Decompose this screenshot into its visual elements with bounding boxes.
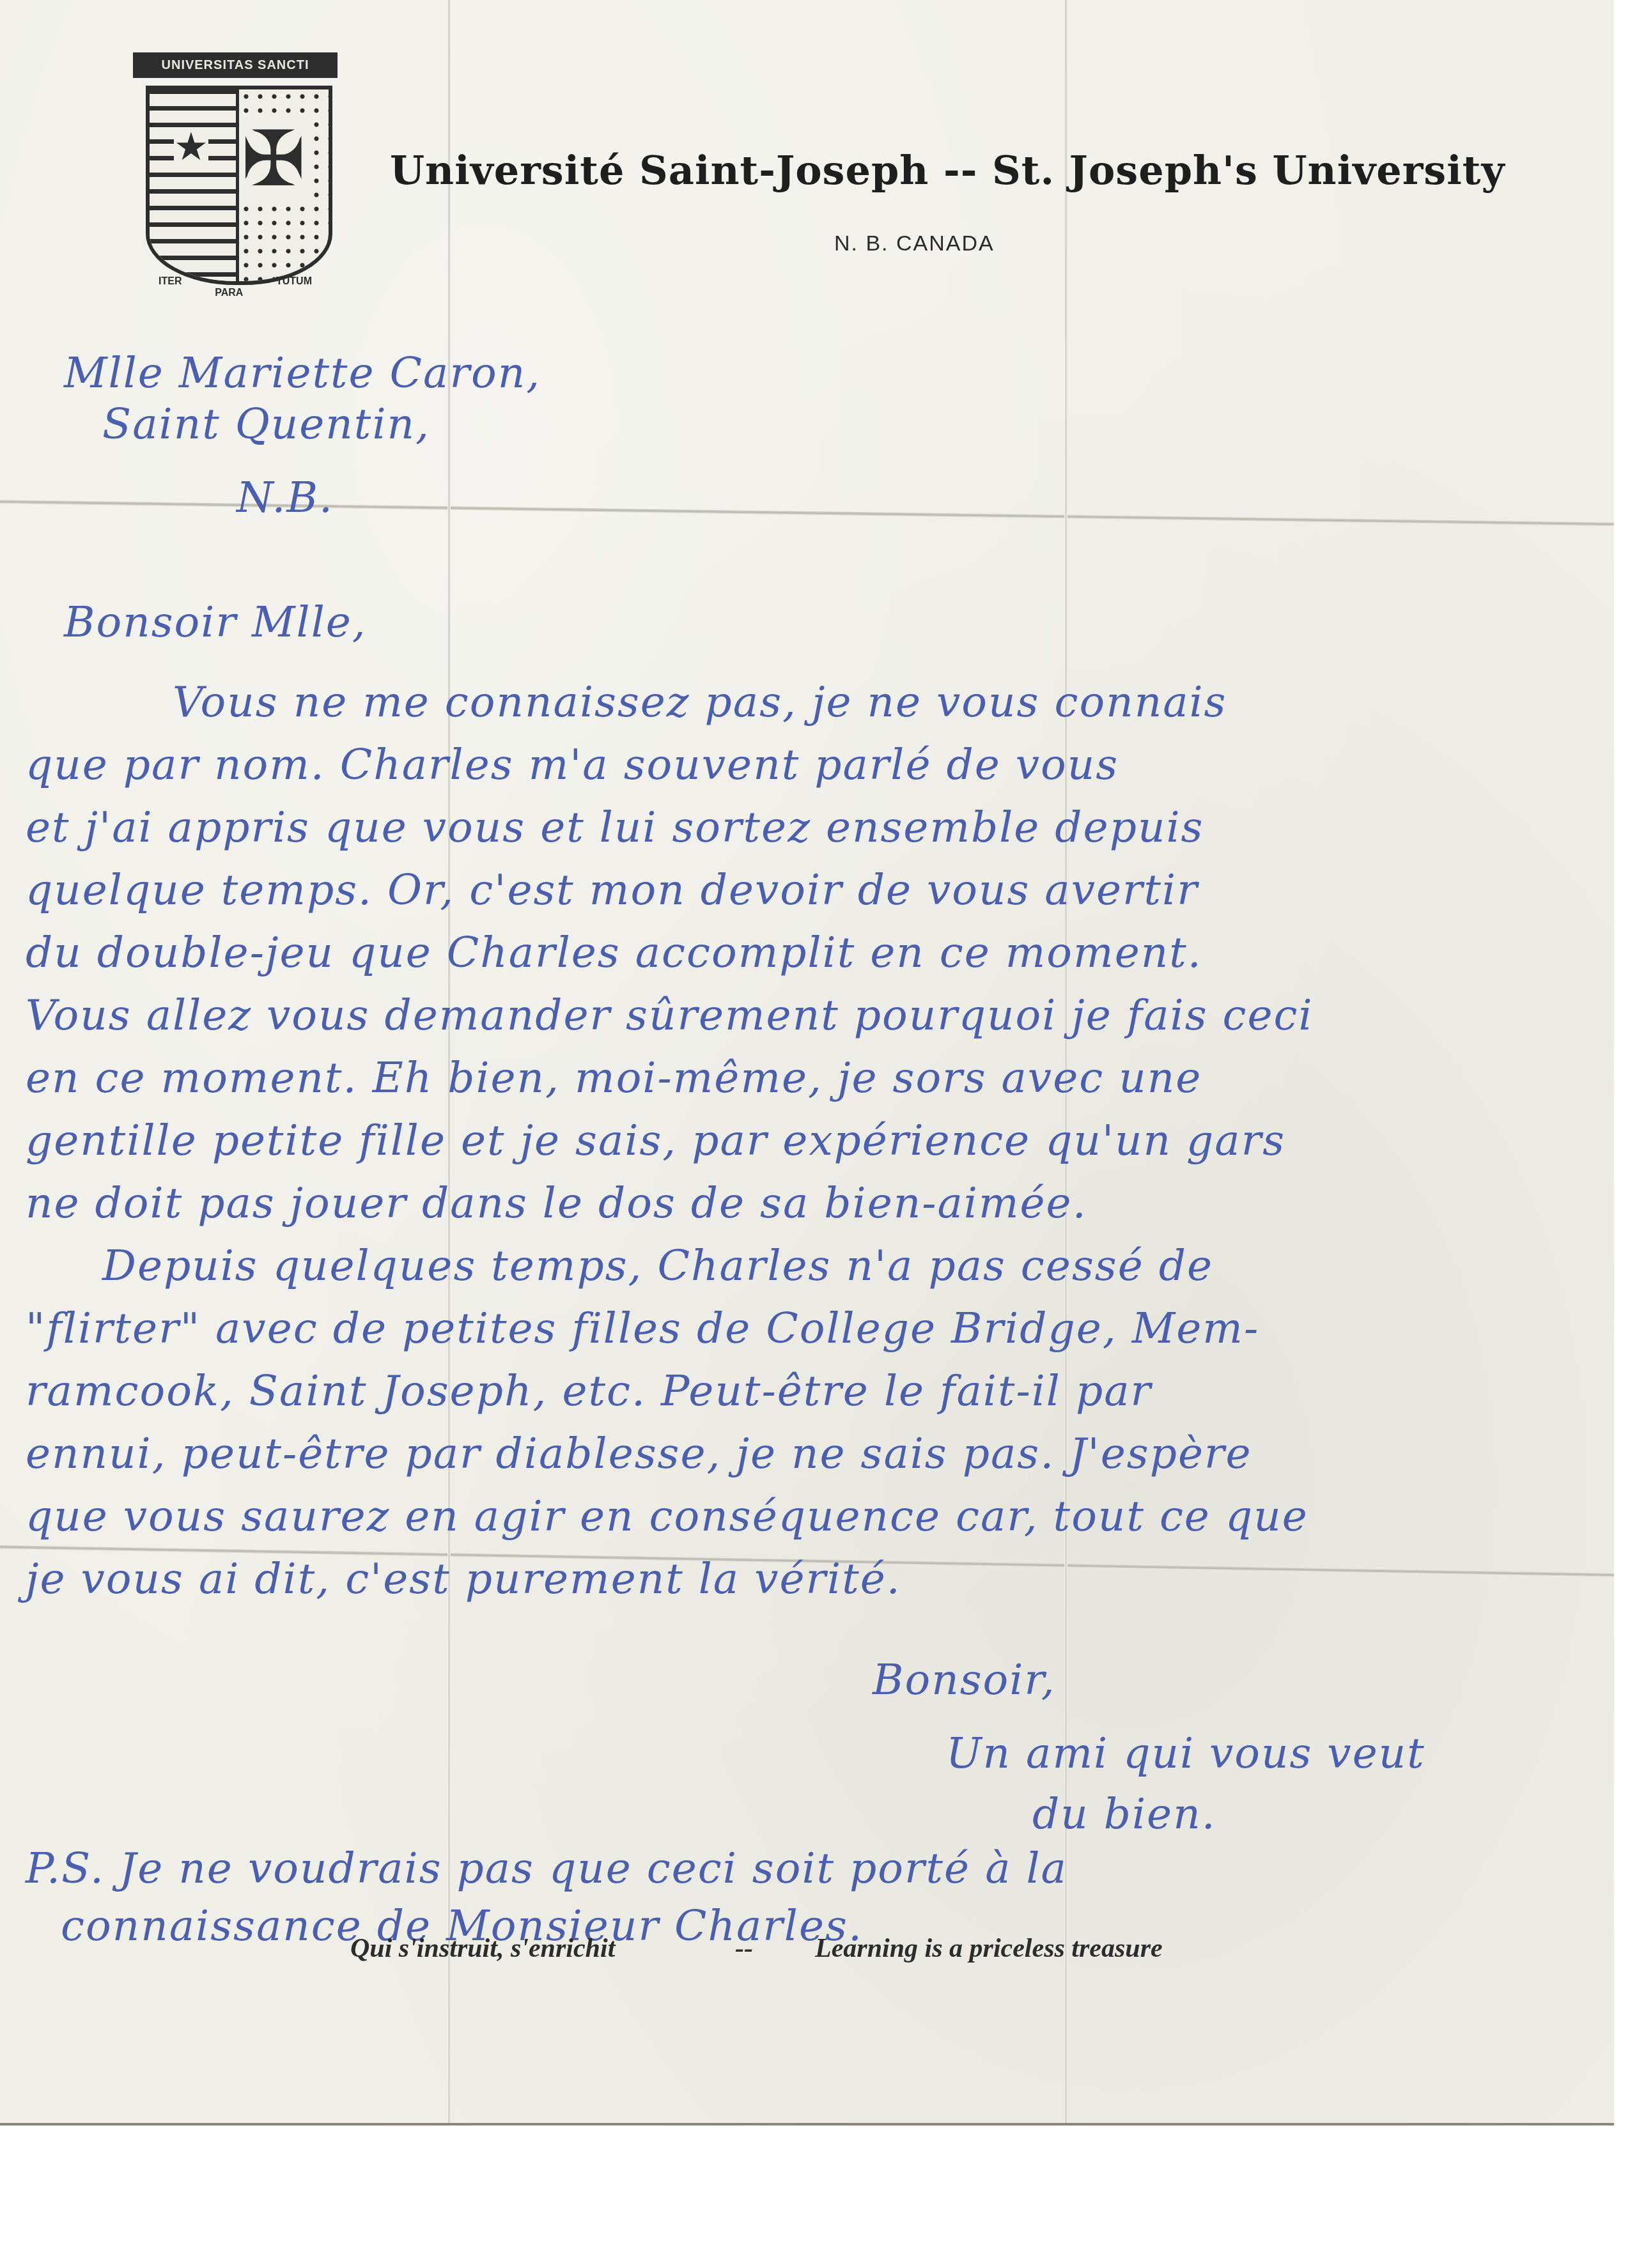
greeting: Bonsoir Mlle, <box>64 598 367 647</box>
footer-motto-en: Learning is a priceless treasure <box>815 1933 1163 1964</box>
letter-line: que vous saurez en agir en conséquence c… <box>26 1492 1308 1541</box>
university-crest: UNIVERSITAS SANCTI JOSEPH N.B. ★ ✠ ITER … <box>127 46 350 314</box>
university-location: N. B. CANADA <box>834 231 995 256</box>
address-line: Mlle Mariette Caron, <box>64 348 541 397</box>
letter-line: et j'ai appris que vous et lui sortez en… <box>26 803 1204 852</box>
address-line: N.B. <box>237 473 334 522</box>
postscript: P.S. Je ne voudrais pas que ceci soit po… <box>26 1844 1067 1893</box>
crest-band: UNIVERSITAS SANCTI JOSEPH N.B. <box>133 52 338 78</box>
letter-line: en ce moment. Eh bien, moi-même, je sors… <box>26 1053 1202 1102</box>
letter-line: "flirter" avec de petites filles de Coll… <box>26 1304 1259 1353</box>
crest-motto: ITER PARA TUTUM <box>159 276 312 299</box>
letter-line: du double-jeu que Charles accomplit en c… <box>26 928 1202 977</box>
footer-separator: -- <box>735 1933 753 1964</box>
letter-line: Depuis quelques temps, Charles n'a pas c… <box>102 1241 1213 1290</box>
letter-line: gentille petite fille et je sais, par ex… <box>26 1116 1285 1165</box>
signature: Un ami qui vous veut <box>946 1729 1425 1778</box>
signature: du bien. <box>1032 1789 1216 1839</box>
cross-icon: ✠ <box>241 121 306 198</box>
address-line: Saint Quentin, <box>102 399 430 449</box>
letter-line: ennui, peut-être par diablesse, je ne sa… <box>26 1429 1252 1478</box>
letter-line: ramcook, Saint Joseph, etc. Peut-être le… <box>26 1366 1152 1416</box>
letter-line: ne doit pas jouer dans le dos de sa bien… <box>26 1178 1087 1228</box>
letter-line: que par nom. Charles m'a souvent parlé d… <box>26 740 1119 789</box>
footer-motto-fr: Qui s'instruit, s'enrichit <box>350 1933 615 1964</box>
crest-shield: ★ ✠ <box>146 86 332 285</box>
university-name: Université Saint-Joseph -- St. Joseph's … <box>390 147 1505 194</box>
letter-line: Vous allez vous demander sûrement pourqu… <box>26 991 1314 1040</box>
letter-paper: UNIVERSITAS SANCTI JOSEPH N.B. ★ ✠ ITER … <box>0 0 1614 2125</box>
star-icon: ★ <box>174 128 208 166</box>
closing: Bonsoir, <box>873 1655 1056 1704</box>
letter-line: je vous ai dit, c'est purement la vérité… <box>26 1554 901 1603</box>
letter-line: Vous ne me connaissez pas, je ne vous co… <box>173 677 1227 727</box>
letter-line: quelque temps. Or, c'est mon devoir de v… <box>26 865 1199 914</box>
